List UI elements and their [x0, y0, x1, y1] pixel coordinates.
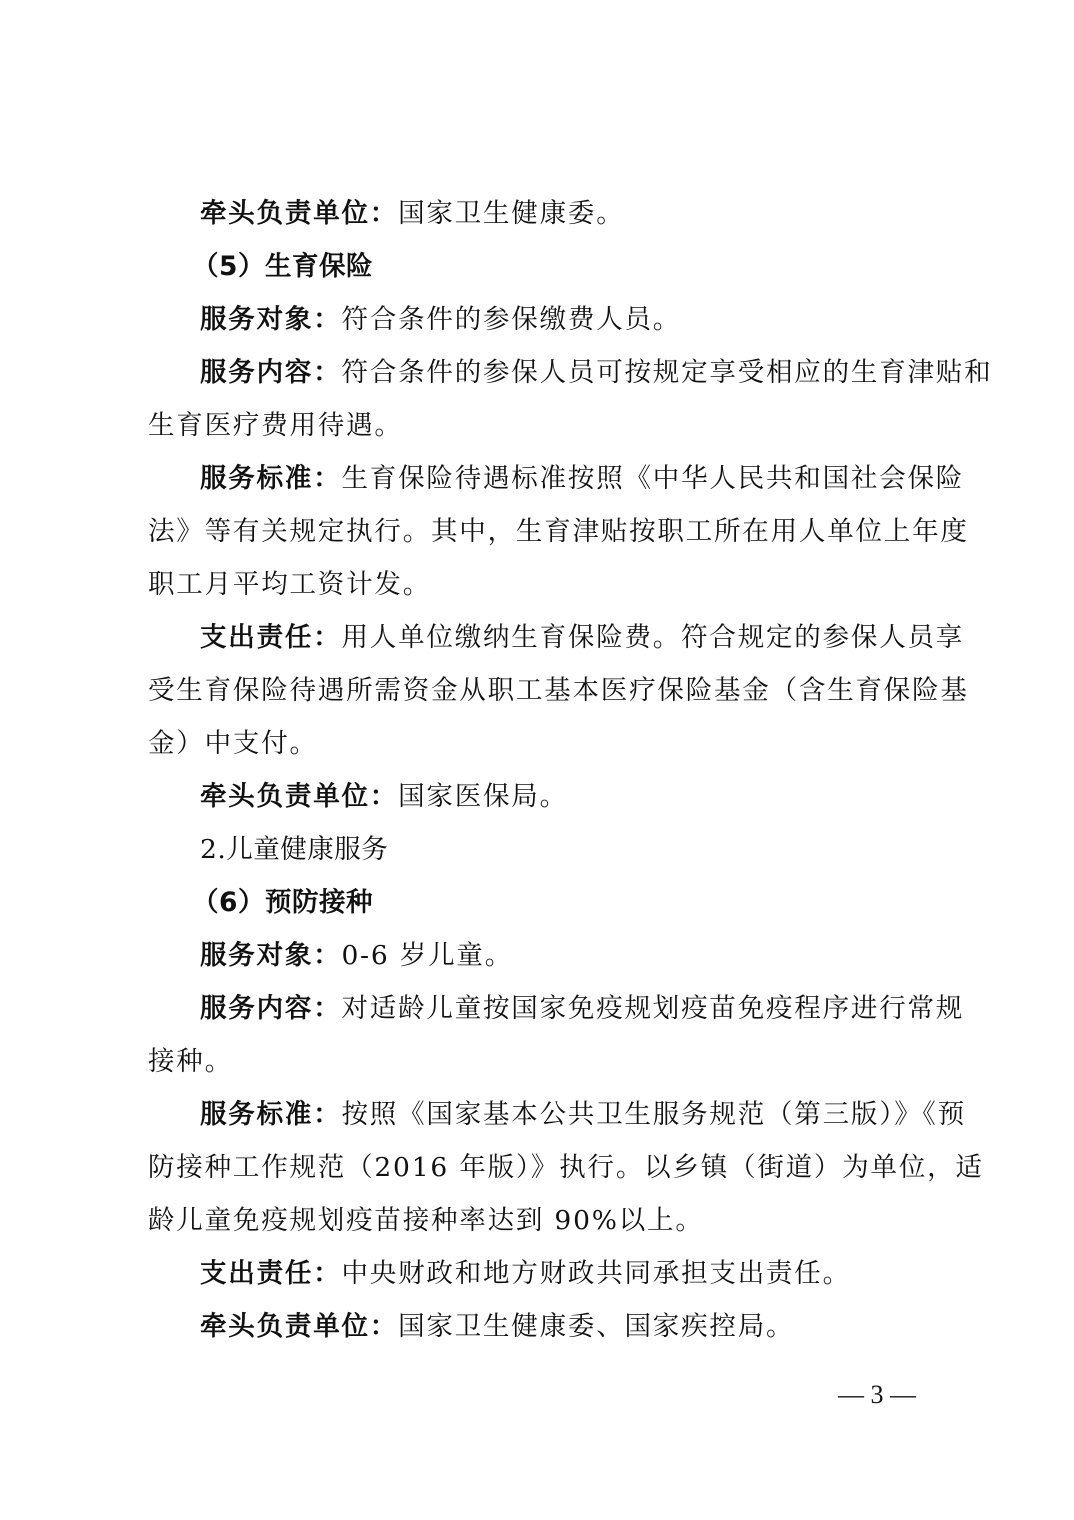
continuation-line: 职工月平均工资计发。 — [148, 569, 930, 601]
field-text: 对适龄儿童按国家免疫规划疫苗免疫程序进行常规 — [342, 993, 965, 1024]
page-number: — 3 — — [838, 1380, 916, 1410]
continuation-line: 法》等有关规定执行。其中，生育津贴按职工所在用人单位上年度 — [148, 516, 930, 548]
field-label: 牵头负责单位： — [200, 198, 398, 229]
field-text: 符合条件的参保缴费人员。 — [342, 304, 682, 335]
field-label: 服务内容： — [200, 357, 342, 388]
continuation-line: 生育医疗费用待遇。 — [148, 410, 930, 442]
service-content-line: 服务内容：对适龄儿童按国家免疫规划疫苗免疫程序进行常规 — [200, 993, 930, 1025]
field-label: 牵头负责单位： — [200, 781, 398, 812]
continuation-line: 接种。 — [148, 1046, 930, 1078]
lead-unit-line: 牵头负责单位：国家卫生健康委、国家疾控局。 — [200, 1311, 930, 1343]
section-heading: （6）预防接种 — [192, 887, 974, 919]
expenditure-line: 支出责任：用人单位缴纳生育保险费。符合规定的参保人员享 — [200, 622, 930, 654]
field-text: 0-6 岁儿童。 — [342, 940, 514, 971]
service-standard-line: 服务标准：生育保险待遇标准按照《中华人民共和国社会保险 — [200, 463, 930, 495]
section-heading: （5）生育保险 — [192, 251, 974, 283]
field-label: 服务对象： — [200, 940, 342, 971]
field-text: 生育保险待遇标准按照《中华人民共和国社会保险 — [342, 463, 965, 494]
lead-unit-line: 牵头负责单位：国家医保局。 — [200, 781, 930, 813]
field-label: 牵头负责单位： — [200, 1311, 398, 1342]
lead-unit-line: 牵头负责单位：国家卫生健康委。 — [200, 198, 930, 230]
field-text: 国家卫生健康委、国家疾控局。 — [398, 1311, 794, 1342]
field-text: 按照《国家基本公共卫生服务规范（第三版）》《预 — [342, 1099, 966, 1130]
field-label: 支出责任： — [200, 622, 342, 653]
field-text: 用人单位缴纳生育保险费。符合规定的参保人员享 — [342, 622, 965, 653]
field-label: 服务标准： — [200, 463, 342, 494]
field-label: 服务内容： — [200, 993, 342, 1024]
field-text: 国家医保局。 — [398, 781, 568, 812]
field-label: 服务对象： — [200, 304, 342, 335]
continuation-line: 防接种工作规范（2016 年版）》执行。以乡镇（街道）为单位，适 — [148, 1152, 930, 1184]
service-target-line: 服务对象：符合条件的参保缴费人员。 — [200, 304, 930, 336]
field-label: 支出责任： — [200, 1258, 342, 1289]
field-text: 中央财政和地方财政共同承担支出责任。 — [342, 1258, 851, 1289]
field-text: 国家卫生健康委。 — [398, 198, 624, 229]
continuation-line: 受生育保险待遇所需资金从职工基本医疗保险基金（含生育保险基 — [148, 675, 930, 707]
field-text: 符合条件的参保人员可按规定享受相应的生育津贴和 — [342, 357, 993, 388]
service-target-line: 服务对象：0-6 岁儿童。 — [200, 940, 930, 972]
service-content-line: 服务内容：符合条件的参保人员可按规定享受相应的生育津贴和 — [200, 357, 930, 389]
continuation-line: 龄儿童免疫规划疫苗接种率达到 90%以上。 — [148, 1205, 930, 1237]
document-page: 牵头负责单位：国家卫生健康委。 （5）生育保险 服务对象：符合条件的参保缴费人员… — [0, 0, 1074, 1520]
service-standard-line: 服务标准：按照《国家基本公共卫生服务规范（第三版）》《预 — [200, 1099, 930, 1131]
field-label: 服务标准： — [200, 1099, 342, 1130]
expenditure-line: 支出责任：中央财政和地方财政共同承担支出责任。 — [200, 1258, 930, 1290]
continuation-line: 金）中支付。 — [148, 728, 930, 760]
subsection-title: 2.儿童健康服务 — [200, 834, 930, 866]
